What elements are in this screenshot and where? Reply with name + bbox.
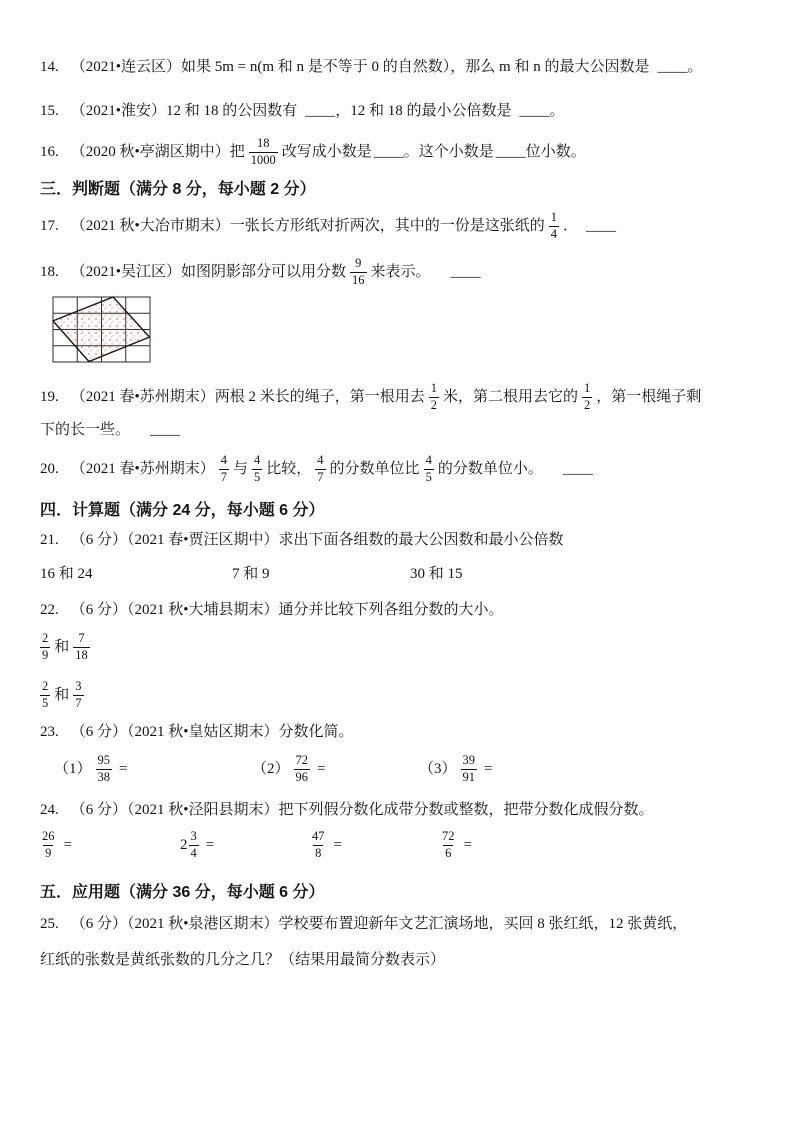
question-20: 20.（2021 春•苏州期末）47与45比较，47的分数单位比45的分数单位小…: [40, 449, 765, 489]
question-15: 15.（2021•淮安）12 和 18 的公因数有____，12 和 18 的最…: [40, 100, 765, 122]
question-24-items: 269=234=478=726=: [40, 825, 765, 865]
fraction: 269: [40, 830, 57, 859]
question-text: （2021•吴江区）如图阴影部分可以用分数: [71, 261, 346, 283]
question-21-number-pairs: 16 和 247 和 930 和 15: [40, 563, 765, 585]
section-heading-application: 五．应用题（满分 36 分，每小题 6 分）: [40, 881, 765, 905]
question-14: 14.（2021•连云区）如果 5m = n(m 和 n 是不等于 0 的自然数…: [40, 56, 765, 78]
answer-blank: ____: [520, 100, 550, 122]
question-text: （2021 春•苏州期末）两根 2 米长的绳子，第一根用去: [71, 386, 425, 408]
question-text: （6 分）（2021 秋•大埔县期末）通分并比较下列各组分数的大小。: [71, 599, 504, 621]
fraction: 7296: [294, 754, 311, 783]
convert-item-4: 726=: [440, 830, 472, 859]
number-pair: 7 和 9: [232, 563, 410, 585]
question-text: （2021 秋•大冶市期末）一张长方形纸对折两次，其中的一份是这张纸的: [71, 215, 545, 237]
item-label: （2）: [252, 758, 290, 780]
convert-item-2: 234=: [180, 830, 310, 859]
question-text: 。: [687, 56, 702, 78]
question-text: （6 分）（2021 秋•泾阳县期末）把下列假分数化成带分数或整数，把带分数化成…: [71, 799, 654, 821]
equals-sign: =: [464, 834, 472, 856]
question-number: 18.: [40, 261, 59, 283]
tilted-shaded-square: [53, 297, 150, 362]
question-number: 22.: [40, 599, 59, 621]
answer-blank: ____: [451, 261, 481, 283]
question-text: 的分数单位比: [330, 458, 420, 480]
question-number: 16.: [40, 141, 59, 163]
question-text: （2021 春•苏州期末）: [71, 458, 215, 480]
question-number: 15.: [40, 100, 59, 122]
question-text: 。这个小数是: [404, 141, 494, 163]
question-text: （2021•连云区）如果 5m = n(m 和 n 是不等于 0 的自然数），那…: [71, 56, 650, 78]
question-text: 的分数单位小。: [438, 458, 543, 480]
question-16: 16.（2020 秋•亭湖区期中）把181000改写成小数是____。这个小数是…: [40, 132, 765, 172]
question-24: 24.（6 分）（2021 秋•泾阳县期末）把下列假分数化成带分数或整数，把带分…: [40, 799, 765, 821]
answer-blank: ____: [563, 458, 593, 480]
item-label: （1）: [54, 758, 92, 780]
question-text: 来表示。: [371, 261, 431, 283]
question-22-pair-2: 25和37: [40, 675, 765, 715]
question-21: 21.（6 分）（2021 春•贾汪区期中）求出下面各组数的最大公因数和最小公倍…: [40, 529, 765, 551]
fraction: 478: [310, 830, 327, 859]
question-text: 红纸的张数是黄纸张数的几分之几？（结果用最简分数表示）: [40, 949, 445, 971]
question-22: 22.（6 分）（2021 秋•大埔县期末）通分并比较下列各组分数的大小。: [40, 599, 765, 621]
item-label: （3）: [419, 758, 457, 780]
convert-item-1: 269=: [40, 830, 180, 859]
question-number: 25.: [40, 913, 59, 935]
question-text: ．: [563, 215, 578, 237]
convert-item-3: 478=: [310, 830, 440, 859]
fraction: 45: [252, 454, 262, 483]
question-text: 和: [54, 636, 69, 658]
question-number: 14.: [40, 56, 59, 78]
question-number: 20.: [40, 458, 59, 480]
answer-blank: ____: [657, 56, 687, 78]
fraction: 9538: [96, 754, 113, 783]
equals-sign: =: [484, 758, 492, 780]
answer-blank: ____: [150, 419, 180, 441]
question-text: （6 分）（2021 秋•皇姑区期末）分数化简。: [71, 721, 354, 743]
exam-document-page: 14.（2021•连云区）如果 5m = n(m 和 n 是不等于 0 的自然数…: [0, 0, 793, 1122]
fraction: 47: [219, 454, 229, 483]
question-text: 改写成小数是: [282, 141, 372, 163]
equals-sign: =: [64, 834, 72, 856]
fraction: 726: [440, 830, 457, 859]
fraction: 45: [424, 454, 434, 483]
question-text: ，12 和 18 的最小公倍数是: [335, 100, 511, 122]
section-heading-judgement: 三．判断题（满分 8 分，每小题 2 分）: [40, 178, 765, 202]
question-text: 位小数。: [526, 141, 586, 163]
question-text: 下的长一些。: [40, 419, 130, 441]
question-19-continued: 下的长一些。____: [40, 419, 765, 441]
question-text: （6 分）（2021 春•贾汪区期中）求出下面各组数的最大公因数和最小公倍数: [71, 529, 564, 551]
answer-blank: ____: [496, 141, 526, 163]
question-text: （2021•淮安）12 和 18 的公因数有: [71, 100, 298, 122]
question-number: 23.: [40, 721, 59, 743]
mixed-number: 234: [180, 830, 203, 859]
question-17: 17.（2021 秋•大冶市期末）一张长方形纸对折两次，其中的一份是这张纸的14…: [40, 206, 765, 246]
answer-blank: ____: [305, 100, 335, 122]
number-pair: 16 和 24: [40, 563, 232, 585]
section-heading-calculation: 四．计算题（满分 24 分，每小题 6 分）: [40, 499, 765, 523]
question-text: ，第一根绳子剩: [596, 386, 701, 408]
question-text: 和: [54, 684, 69, 706]
shaded-grid-figure: [52, 296, 152, 364]
question-19: 19.（2021 春•苏州期末）两根 2 米长的绳子，第一根用去12米，第二根用…: [40, 377, 765, 417]
question-text: 与: [233, 458, 248, 480]
question-18: 18.（2021•吴江区）如图阴影部分可以用分数916来表示。____: [40, 252, 765, 292]
equals-sign: =: [119, 758, 127, 780]
fraction: 3991: [461, 754, 478, 783]
question-text: 米，第二根用去它的: [443, 386, 578, 408]
question-25-continued: 红纸的张数是黄纸张数的几分之几？（结果用最简分数表示）: [40, 949, 765, 971]
answer-blank: ____: [374, 141, 404, 163]
simplify-item-2: （2）7296=: [252, 754, 419, 783]
question-number: 21.: [40, 529, 59, 551]
number-pair: 30 和 15: [410, 563, 463, 585]
question-23: 23.（6 分）（2021 秋•皇姑区期末）分数化简。: [40, 721, 765, 743]
fraction: 12: [582, 382, 592, 411]
question-text: 比较，: [266, 458, 311, 480]
question-text: 。: [550, 100, 565, 122]
fraction: 718: [73, 632, 90, 661]
fraction: 34: [189, 830, 199, 859]
question-text: （6 分）（2021 秋•泉港区期末）学校要布置迎新年文艺汇演场地，买回 8 张…: [71, 913, 688, 935]
question-text: （2020 秋•亭湖区期中）把: [71, 141, 245, 163]
equals-sign: =: [206, 834, 214, 856]
fraction: 25: [40, 680, 50, 709]
answer-blank: ____: [586, 215, 616, 237]
fraction: 14: [549, 211, 559, 240]
fraction: 29: [40, 632, 50, 661]
simplify-item-1: （1）9538=: [54, 754, 252, 783]
fraction: 916: [350, 257, 367, 286]
question-number: 24.: [40, 799, 59, 821]
fraction: 181000: [249, 137, 278, 166]
question-25: 25.（6 分）（2021 秋•泉港区期末）学校要布置迎新年文艺汇演场地，买回 …: [40, 913, 765, 935]
equals-sign: =: [317, 758, 325, 780]
question-18-figure: [52, 296, 765, 369]
question-number: 17.: [40, 215, 59, 237]
simplify-item-3: （3）3991=: [419, 754, 492, 783]
question-23-items: （1）9538=（2）7296=（3）3991=: [40, 749, 765, 789]
equals-sign: =: [334, 834, 342, 856]
fraction: 47: [315, 454, 325, 483]
fraction: 12: [429, 382, 439, 411]
question-22-pair-1: 29和718: [40, 627, 765, 667]
question-number: 19.: [40, 386, 59, 408]
fraction: 37: [73, 680, 83, 709]
